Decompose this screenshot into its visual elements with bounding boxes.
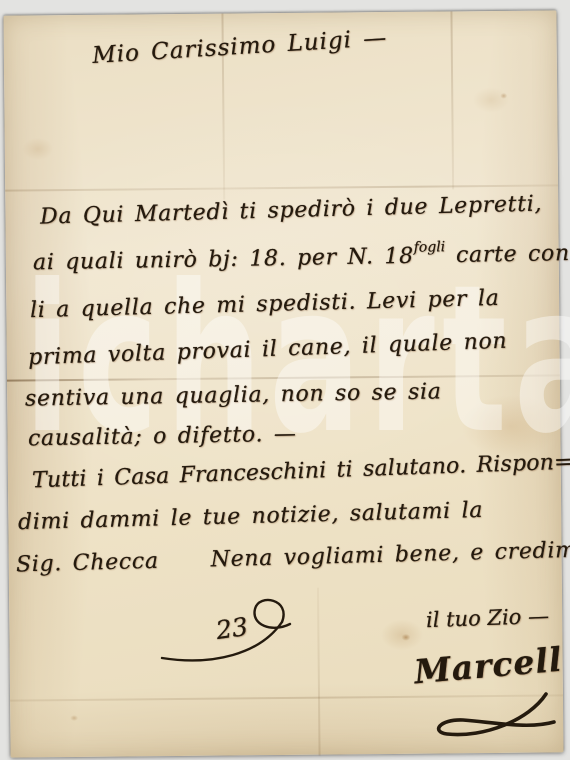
- closing-line: il tuo Zio —: [426, 604, 550, 632]
- foxing-spot: [70, 715, 78, 721]
- fold-crease-horizontal-top: [5, 184, 558, 191]
- interline-note: fogli: [414, 239, 446, 256]
- ink-stain: [401, 634, 410, 641]
- body-line-6: causalità; o difetto. —: [28, 422, 297, 452]
- handwriting-gap: [159, 566, 211, 567]
- fold-crease-horizontal-bottom: [10, 694, 563, 701]
- fold-crease-vertical-lower: [317, 588, 321, 756]
- date-number: 23: [214, 612, 250, 645]
- body-line-2-text-end: carte consimi =: [445, 240, 570, 269]
- fold-crease-vertical-right: [450, 11, 454, 189]
- fold-crease-horizontal-middle: [7, 374, 560, 381]
- body-line-9-honorific: Sig. Checca: [16, 549, 159, 578]
- scanned-letter: icharta Mio Carissimo Luigi — Da Qui Mar…: [0, 0, 570, 760]
- foxing-spot: [500, 93, 507, 99]
